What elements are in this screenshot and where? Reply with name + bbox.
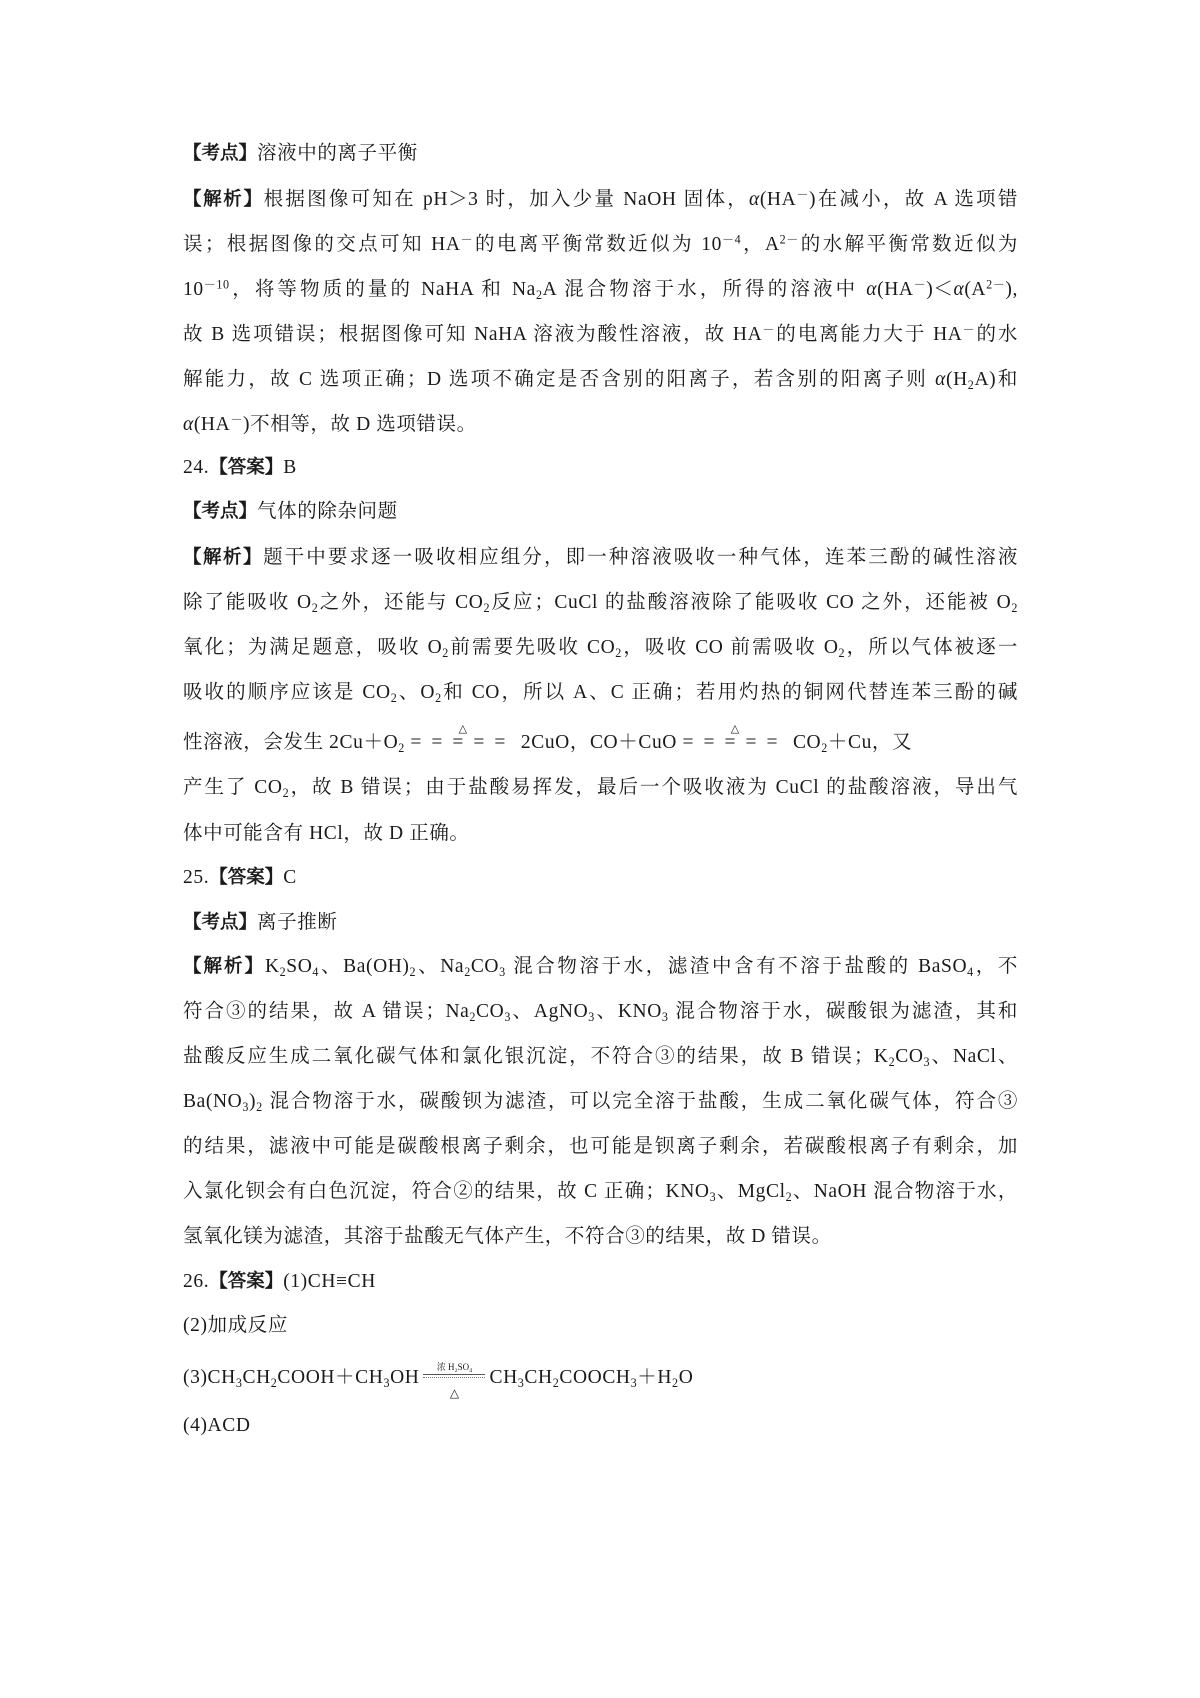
q25-topic: 【考点】离子推断 [183, 909, 337, 937]
text-run: ，不 [974, 956, 1018, 977]
q25-analysis-5: 的结果，滤液中可能是碳酸根离子剩余，也可能是钡离子剩余，若碳酸根离子有剩余，加 [183, 1133, 1018, 1161]
alpha-symbol: α [749, 189, 760, 210]
text-run: 氧化；为满足题意，吸收 O [183, 637, 442, 658]
text-run: 、MgCl [716, 1181, 785, 1202]
alpha-symbol: α [866, 279, 877, 300]
reversible-reaction-arrow: 浓 H₂SO₄△ [421, 1365, 487, 1393]
text-run: )＜ [926, 279, 953, 300]
text-run: ＋Cu，又 [828, 732, 912, 753]
text-run: COOH＋CH [277, 1367, 383, 1388]
section-label: 【考点】 [183, 912, 257, 933]
text-run: Ba(NO [183, 1091, 242, 1112]
text-run: ＋H [637, 1367, 672, 1388]
text-run: 25. [183, 867, 209, 888]
subscript: 2 [464, 965, 471, 979]
section-label: 【答案】 [209, 867, 283, 888]
q26-answer-1: 26.【答案】(1)CH≡CH [183, 1268, 376, 1296]
text-run: CO [471, 956, 499, 977]
subscript: 3 [588, 1010, 595, 1024]
superscript: －4 [722, 232, 741, 246]
subscript: 3 [662, 1010, 669, 1024]
subscript: 4 [967, 965, 974, 979]
section-label: 【解析】 [183, 547, 263, 568]
text-run: 、AgNO [511, 1001, 588, 1022]
superscript: － [962, 322, 975, 336]
superscript: － [461, 232, 474, 246]
text-run: 根据图像可知在 pH＞3 时，加入少量 NaOH 固体， [264, 189, 749, 210]
heat-triangle-icon: △ [731, 715, 739, 743]
text-run: (HA [877, 279, 913, 300]
text-run: ，吸收 CO 前需吸收 O [622, 637, 839, 658]
subscript: 2 [442, 646, 449, 660]
text-run: 、NaCl、 [930, 1046, 1018, 1067]
text-run: 和 CO，所以 A、C 正确；若用灼热的铜网代替连苯三酚的碱 [442, 682, 1018, 703]
subscript: 2 [615, 646, 622, 660]
q24-analysis-7: 体中可能含有 HCl，故 D 正确。 [183, 820, 470, 848]
section-label: 【考点】 [183, 143, 257, 164]
subscript: 2 [536, 288, 543, 302]
text-run: ，将等物质的量的 NaHA 和 Na [230, 279, 536, 300]
subscript: 2 [435, 691, 442, 705]
text-run: CO [787, 732, 821, 753]
text-run: 的水 [975, 324, 1018, 345]
text-run: (4)ACD [183, 1415, 251, 1436]
text-run: 混合物溶于水，碳酸银为滤渣，其和 [669, 1001, 1018, 1022]
text-run: CH [242, 1367, 270, 1388]
superscript: － [230, 412, 243, 426]
text-run: B [283, 457, 297, 478]
q23-analysis-1: 【解析】根据图像可知在 pH＞3 时，加入少量 NaOH 固体，α(HA－)在减… [183, 186, 1018, 214]
heating-equals-sign: =====△ [682, 729, 787, 757]
text-run: 除了能吸收 O [183, 592, 312, 613]
text-run: 10 [183, 279, 204, 300]
alpha-symbol: α [953, 279, 964, 300]
text-run: 混合物溶于水，碳酸钡为滤渣，可以完全溶于盐酸，生成二氧化碳气体，符合③ [263, 1091, 1018, 1112]
q25-answer: 25.【答案】C [183, 864, 297, 892]
subscript: 3 [499, 965, 506, 979]
text-run: 性溶液，会发生 2Cu＋O [183, 732, 398, 753]
q24-answer: 24.【答案】B [183, 454, 297, 482]
superscript: －10 [204, 277, 230, 291]
text-run: 2CuO，CO＋CuO [515, 732, 682, 753]
q24-analysis-3: 氧化；为满足题意，吸收 O2前需要先吸收 CO2，吸收 CO 前需吸收 O2，所… [183, 634, 1018, 662]
text-run: 题干中要求逐一吸收相应组分，即一种溶液吸收一种气体，连苯三酚的碱性溶液 [263, 547, 1018, 568]
superscript: － [762, 322, 775, 336]
q23-analysis-6: α(HA－)不相等，故 D 选项错误。 [183, 411, 477, 439]
text-run: 产生了 CO [183, 777, 283, 798]
heating-equals-sign: =====△ [410, 729, 515, 757]
q24-analysis-1: 【解析】题干中要求逐一吸收相应组分，即一种溶液吸收一种气体，连苯三酚的碱性溶液 [183, 544, 1018, 572]
alpha-symbol: α [183, 414, 194, 435]
text-run: 反应；CuCl 的盐酸溶液除了能吸收 CO 之外，还能被 O [490, 592, 1011, 613]
q25-analysis-3: 盐酸反应生成二氧化碳气体和氯化银沉淀，不符合③的结果，故 B 错误；K2CO3、… [183, 1043, 1018, 1071]
heat-triangle-icon: △ [421, 1379, 487, 1407]
subscript: 2 [256, 1100, 263, 1114]
text-run: 体中可能含有 HCl，故 D 正确。 [183, 823, 470, 844]
text-run: 、NaOH 混合物溶于水， [792, 1181, 1018, 1202]
text-run: K [265, 956, 280, 977]
section-label: 【解析】 [183, 189, 264, 210]
text-run: 前需要先吸收 CO [449, 637, 615, 658]
text-run: 、O [397, 682, 435, 703]
text-run: 的电离平衡常数近似为 10 [473, 234, 722, 255]
text-run: O [679, 1367, 694, 1388]
q26-answer-3: (3)CH3CH2COOH＋CH3OH浓 H₂SO₄△CH3CH2COOCH3＋… [183, 1364, 693, 1393]
text-run: 混合物溶于水，滤渣中含有不溶于盐酸的 BaSO [506, 956, 967, 977]
text-run: )在减小，故 A 选项错 [809, 189, 1018, 210]
text-run: 离子推断 [257, 912, 337, 933]
heat-triangle-icon: △ [459, 715, 467, 743]
subscript: 2 [398, 741, 405, 755]
section-label: 【解析】 [183, 956, 265, 977]
text-run: 、Na [416, 956, 464, 977]
q23-topic: 【考点】溶液中的离子平衡 [183, 140, 418, 168]
superscript: － [796, 187, 809, 201]
text-run: ) [249, 1091, 256, 1112]
text-run: (HA [760, 189, 796, 210]
q24-analysis-2: 除了能吸收 O2之外，还能与 CO2反应；CuCl 的盐酸溶液除了能吸收 CO … [183, 589, 1018, 617]
text-run: CO [476, 1001, 504, 1022]
text-run: 吸收的顺序应该是 CO [183, 682, 391, 703]
q23-analysis-2: 误；根据图像的交点可知 HA－的电离平衡常数近似为 10－4，A2－的水解平衡常… [183, 231, 1018, 259]
text-run: (3)CH [183, 1367, 236, 1388]
text-run: SO [286, 956, 312, 977]
q23-analysis-3: 10－10，将等物质的量的 NaHA 和 Na2A 混合物溶于水，所得的溶液中 … [183, 276, 1018, 304]
text-run: ，A [741, 234, 779, 255]
text-run: 的水解平衡常数近似为 [799, 234, 1018, 255]
subscript: 3 [504, 1010, 511, 1024]
text-run: 误；根据图像的交点可知 HA [183, 234, 461, 255]
text-run: 、KNO [595, 1001, 662, 1022]
section-label: 【答案】 [209, 1271, 283, 1292]
text-run: A)和 [974, 369, 1018, 390]
text-run: 氢氧化镁为滤渣，其溶于盐酸无气体产生，不符合③的结果，故 D 错误。 [183, 1226, 832, 1247]
q26-answer-2: (2)加成反应 [183, 1312, 288, 1340]
q24-analysis-5: 性溶液，会发生 2Cu＋O2 =====△ 2CuO，CO＋CuO =====△… [183, 729, 912, 757]
q24-analysis-4: 吸收的顺序应该是 CO2、O2和 CO，所以 A、C 正确；若用灼热的铜网代替连… [183, 679, 1018, 707]
q23-analysis-5: 解能力，故 C 选项正确；D 选项不确定是否含别的阳离子，若含别的阳离子则 α(… [183, 366, 1018, 394]
text-run: 解能力，故 C 选项正确；D 选项不确定是否含别的阳离子，若含别的阳离子则 [183, 369, 935, 390]
text-run: 故 B 选项错误；根据图像可知 NaHA 溶液为酸性溶液，故 HA [183, 324, 762, 345]
text-run: C [283, 867, 297, 888]
text-run: 的电离能力大于 HA [775, 324, 963, 345]
q23-analysis-4: 故 B 选项错误；根据图像可知 NaHA 溶液为酸性溶液，故 HA－的电离能力大… [183, 321, 1018, 349]
text-run: 之外，还能与 CO [318, 592, 483, 613]
subscript: 2 [1011, 601, 1018, 615]
text-run: A 混合物溶于水，所得的溶液中 [543, 279, 867, 300]
superscript: 2－ [986, 277, 1005, 291]
text-run: ), [1005, 279, 1018, 300]
text-run: 溶液中的离子平衡 [257, 143, 418, 164]
text-run: 气体的除杂问题 [257, 501, 398, 522]
text-run: ，故 B 错误；由于盐酸易挥发，最后一个吸收液为 CuCl 的盐酸溶液，导出气 [289, 777, 1018, 798]
text-run: ，所以气体被逐一 [845, 637, 1018, 658]
text-run: (1)CH≡CH [283, 1271, 376, 1292]
text-run: CH [489, 1367, 517, 1388]
q24-analysis-6: 产生了 CO2，故 B 错误；由于盐酸易挥发，最后一个吸收液为 CuCl 的盐酸… [183, 774, 1018, 802]
q25-analysis-4: Ba(NO3)2 混合物溶于水，碳酸钡为滤渣，可以完全溶于盐酸，生成二氧化碳气体… [183, 1088, 1018, 1116]
q25-analysis-6: 入氯化钡会有白色沉淀，符合②的结果，故 C 正确；KNO3、MgCl2、NaOH… [183, 1178, 1018, 1206]
q25-analysis-7: 氢氧化镁为滤渣，其溶于盐酸无气体产生，不符合③的结果，故 D 错误。 [183, 1223, 832, 1251]
text-run: 的结果，滤液中可能是碳酸根离子剩余，也可能是钡离子剩余，若碳酸根离子有剩余，加 [183, 1136, 1018, 1157]
subscript: 2 [672, 1376, 679, 1390]
q25-analysis-1: 【解析】K2SO4、Ba(OH)2、Na2CO3 混合物溶于水，滤渣中含有不溶于… [183, 953, 1018, 981]
text-run: 24. [183, 457, 209, 478]
text-run: CH [524, 1367, 552, 1388]
text-run: OH [390, 1367, 419, 1388]
text-run: (2)加成反应 [183, 1315, 288, 1336]
text-run: 符合③的结果，故 A 错误；Na [183, 1001, 469, 1022]
text-run: COOCH [559, 1367, 630, 1388]
q25-analysis-2: 符合③的结果，故 A 错误；Na2CO3、AgNO3、KNO3 混合物溶于水，碳… [183, 998, 1018, 1026]
text-run: 、Ba(OH) [319, 956, 409, 977]
text-run: 26. [183, 1271, 209, 1292]
section-label: 【考点】 [183, 501, 257, 522]
text-run: CO [895, 1046, 923, 1067]
superscript: － [914, 277, 927, 291]
text-run: (HA [194, 414, 230, 435]
section-label: 【答案】 [209, 457, 283, 478]
q26-answer-4: (4)ACD [183, 1412, 251, 1440]
superscript: 2－ [780, 232, 799, 246]
text-run: (A [964, 279, 986, 300]
q24-topic: 【考点】气体的除杂问题 [183, 498, 398, 526]
subscript: 2 [821, 741, 828, 755]
text-run: 盐酸反应生成二氧化碳气体和氯化银沉淀，不符合③的结果，故 B 错误；K [183, 1046, 889, 1067]
subscript: 3 [242, 1100, 249, 1114]
alpha-symbol: α [935, 369, 946, 390]
text-run: )不相等，故 D 选项错误。 [243, 414, 477, 435]
text-run: 入氯化钡会有白色沉淀，符合②的结果，故 C 正确；KNO [183, 1181, 710, 1202]
text-run: (H [946, 369, 968, 390]
